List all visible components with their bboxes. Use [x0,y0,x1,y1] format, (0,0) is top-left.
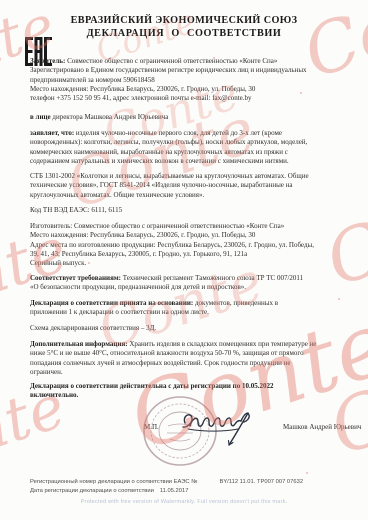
doc-title-type: ДЕКЛАРАЦИЯ О СООТВЕТСТВИИ [0,28,368,39]
watermark-dot [300,92,302,94]
registration-block: Регистрационный номер декларации о соотв… [30,478,303,496]
scheme-line: Схема декларирования соответствия – 3Д. [30,324,362,333]
conformity-label: Соответствует требованиям: [30,274,121,282]
registration-number-label: Регистрационный номер декларации о соотв… [30,479,197,485]
applicant-label: Заявитель: [30,57,65,65]
declaration-document: ЕВРАЗИЙСКИЙ ЭКОНОМИЧЕСКИЙ СОЮЗ ДЕКЛАРАЦИ… [0,0,368,520]
standards-text: СТБ 1301-2002 «Колготки и легинсы, выраб… [30,172,309,199]
registration-date-row: Дата регистрации декларации о соответств… [30,487,303,496]
scheme-text: Схема декларирования соответствия – 3Д. [30,324,156,332]
watermark-dot [338,298,340,300]
doc-title-union: ЕВРАЗИЙСКИЙ ЭКОНОМИЧЕСКИЙ СОЮЗ [0,15,368,26]
basis-paragraph: Декларация о соответствии принята на осн… [30,299,362,318]
tnved-code-text: Код ТН ВЭД ЕАЭС: 6111, 6115 [30,206,122,214]
declaration-paragraph: заявляет, что: изделия чулочно-носочные … [30,129,362,166]
additional-info-label: Дополнительная информация: [30,340,128,348]
signer-name: Машков Андрей Юрьевич [283,423,361,431]
watermark-dot [268,136,270,138]
person-text: директора Машкова Андрея Юрьевича [52,113,168,121]
manufacturer-paragraph: Изготовитель: Совместное общество с огра… [30,222,362,268]
declaration-label: заявляет, что: [30,129,74,137]
conformity-paragraph: Соответствует требованиям: Технический р… [30,274,362,293]
person-label: в лице [30,113,51,121]
watermark-dot [140,356,142,358]
signature-icon [178,406,278,458]
registration-number-row: Регистрационный номер декларации о соотв… [30,478,303,487]
registration-number-value: BY/112 11.01. ТР007 007 07632 [219,479,303,485]
watermark-dot [213,57,215,59]
registration-date-label: Дата регистрации декларации о соответств… [30,488,154,494]
additional-info-paragraph: Дополнительная информация: Хранить издел… [30,340,362,377]
standards-paragraph: СТБ 1301-2002 «Колготки и легинсы, выраб… [30,172,362,200]
manufacturer-text: Изготовитель: Совместное общество с огра… [30,222,314,267]
basis-label: Декларация о соответствии принята на осн… [30,299,193,307]
applicant-paragraph: Заявитель: Совместное общество с огранич… [30,57,362,103]
applicant-text: Совместное общество с ограниченной ответ… [30,57,307,102]
tnved-code-line: Код ТН ВЭД ЕАЭС: 6111, 6115 [30,206,362,215]
registration-date-value: 11.05.2017 [160,488,189,494]
watermarkly-notice: Protected with free version of Watermark… [0,499,368,505]
watermark-dot [88,262,90,264]
watermark-dot [306,472,308,474]
person-paragraph: в лице директора Машкова Андрея Юрьевича [30,113,362,122]
